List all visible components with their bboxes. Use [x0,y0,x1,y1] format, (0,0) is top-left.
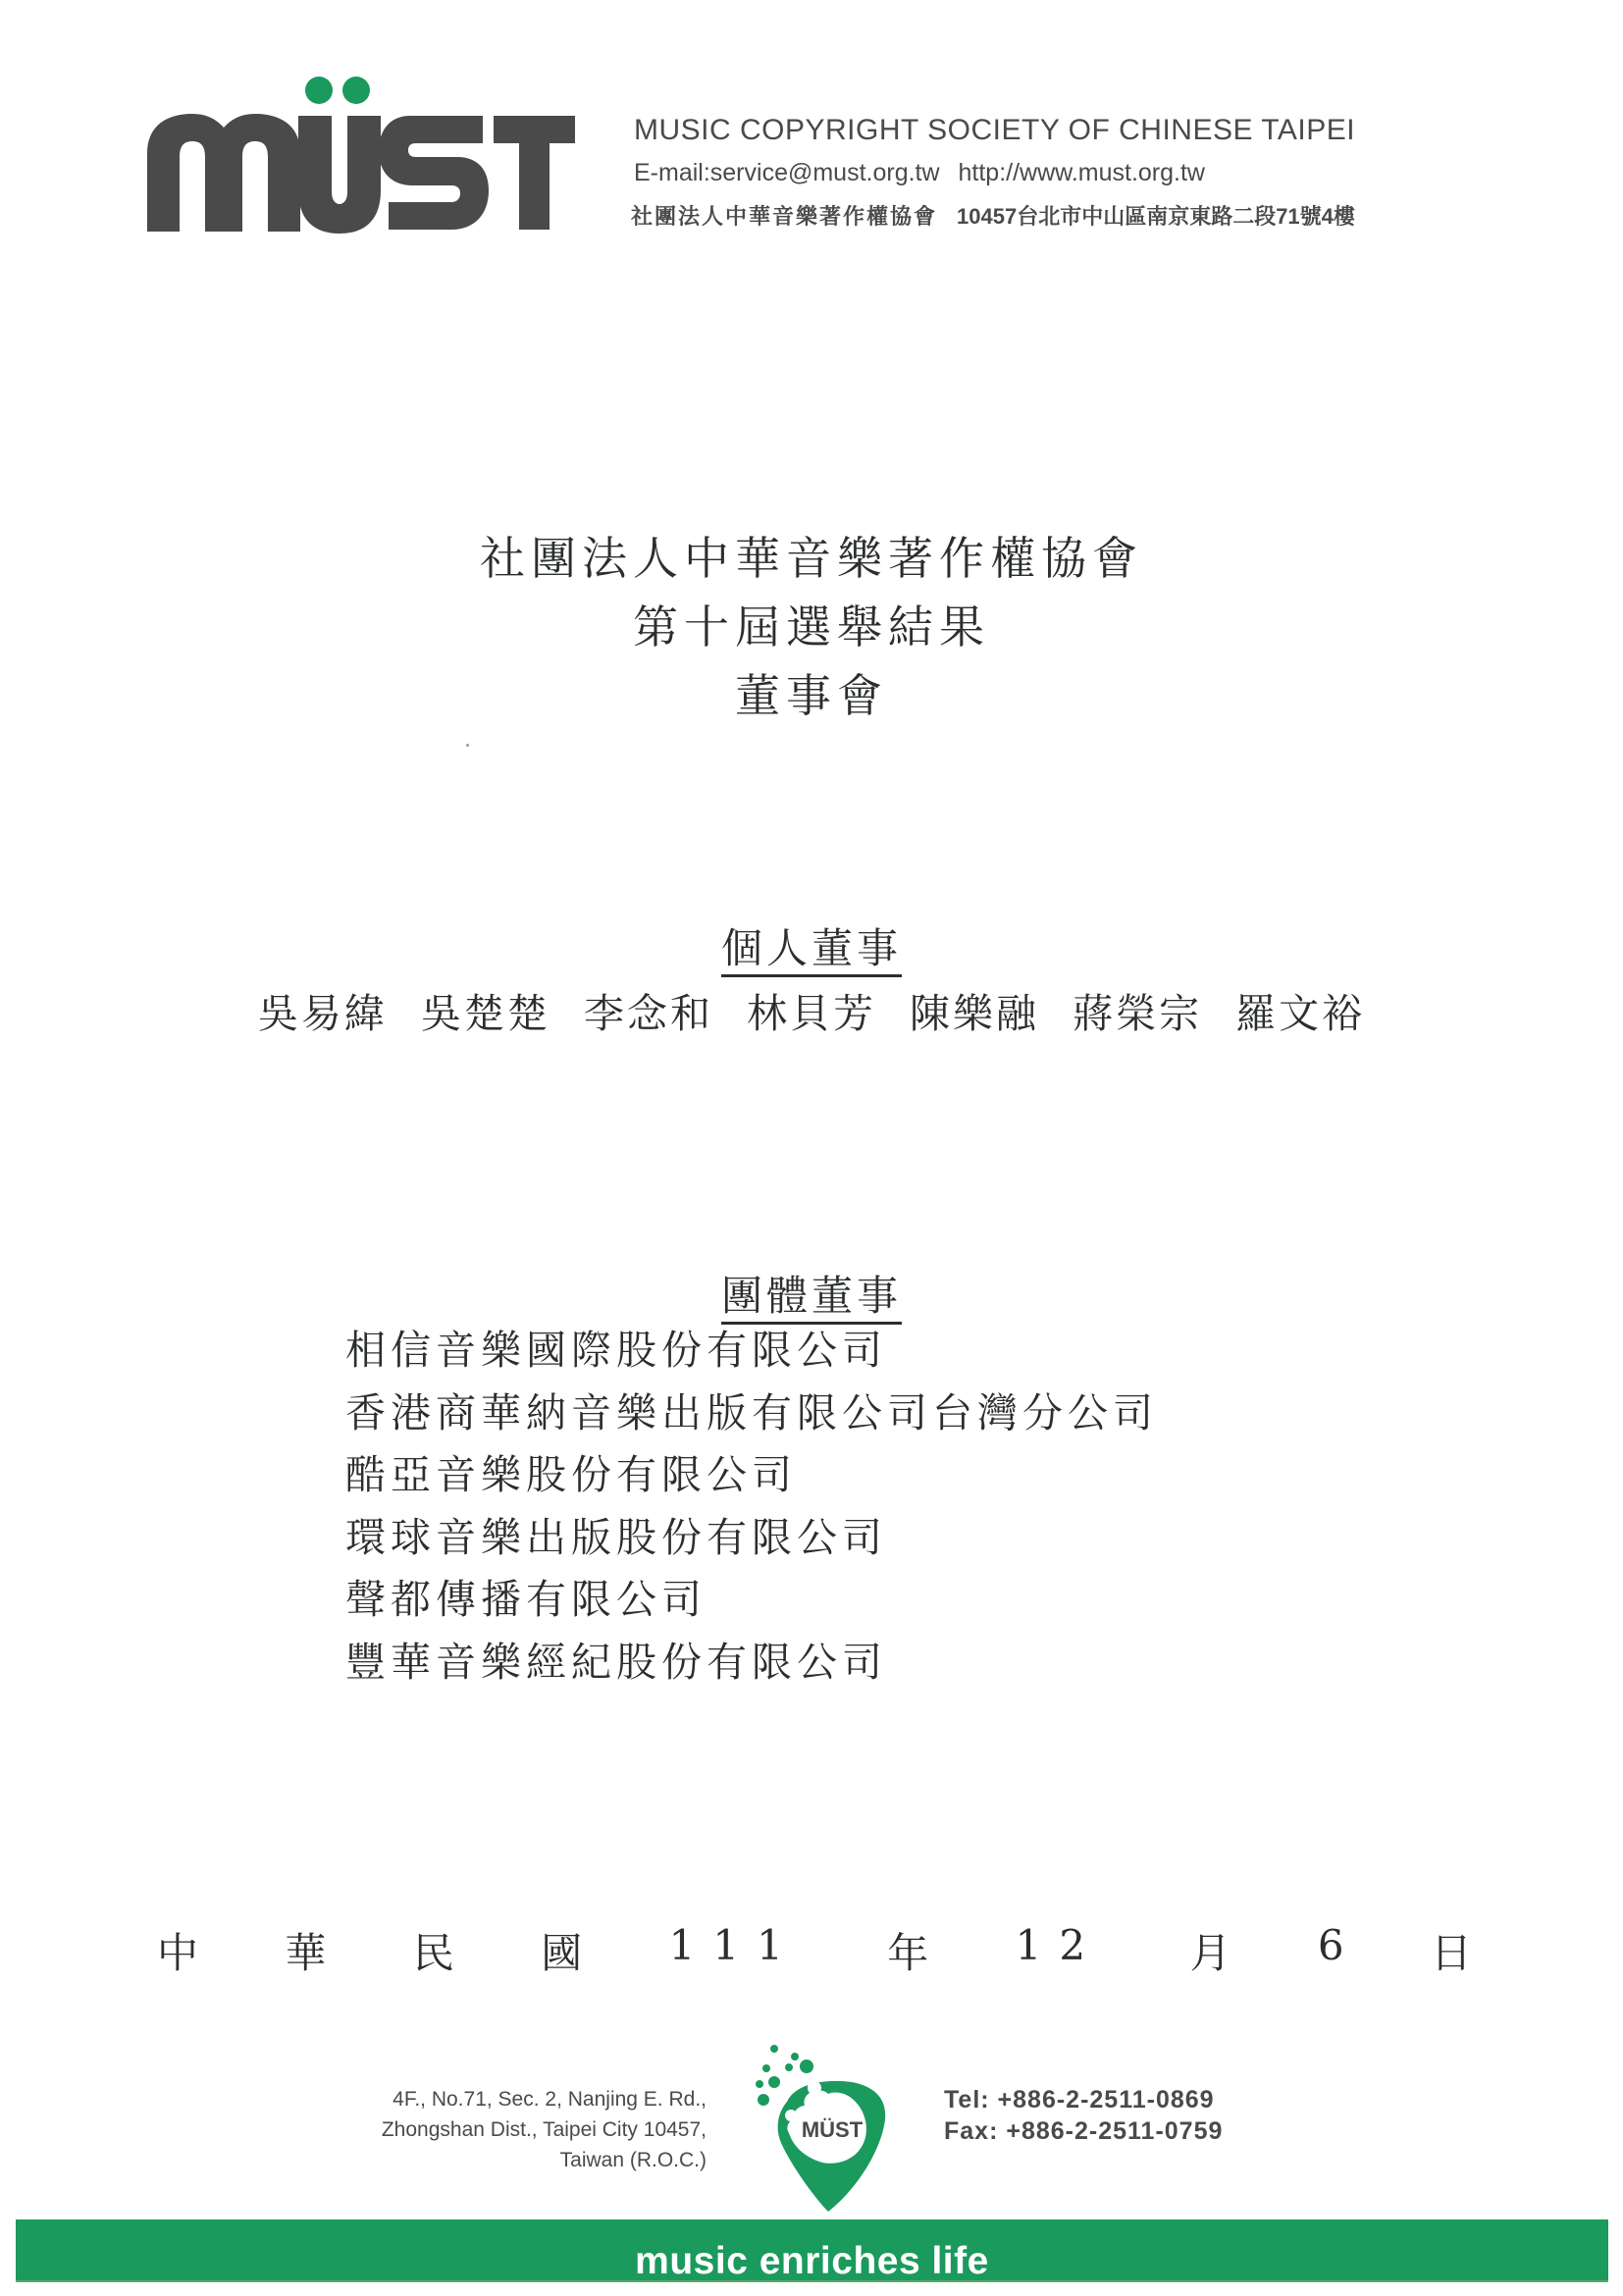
date-era-char: 華 [285,1921,326,1980]
list-item: 相信音樂國際股份有限公司 [345,1320,1158,1383]
list-item: 聲都傳播有限公司 [345,1569,1158,1632]
org-name-english: MUSIC COPYRIGHT SOCIETY OF CHINESE TAIPE… [634,114,1355,147]
document-title: 社團法人中華音樂著作權協會 第十屆選舉結果 董事會 [0,524,1623,730]
director-name: 蔣榮宗 [1073,990,1202,1037]
date-day: 6 [1318,1921,1344,1980]
contact-line: E-mail:service@must.org.tw http://www.mu… [634,159,1205,187]
footer-contact: Tel: +886-2-2511-0869 Fax: +886-2-2511-0… [944,2084,1223,2147]
address-line: Taiwan (R.O.C.) [334,2145,707,2175]
title-org: 社團法人中華音樂著作權協會 [0,524,1623,593]
must-logo [145,77,577,234]
fax: Fax: +886-2-2511-0759 [944,2115,1223,2147]
date-year-unit: 年 [887,1921,928,1980]
date-year: 111 [669,1921,801,1980]
footer-address: 4F., No.71, Sec. 2, Nanjing E. Rd., Zhon… [334,2084,707,2175]
list-item: 環球音樂出版股份有限公司 [345,1507,1158,1570]
date-month: 12 [1016,1921,1103,1980]
date-day-unit: 日 [1431,1921,1472,1980]
director-name: 吳楚楚 [421,990,550,1037]
director-name: 李念和 [584,990,713,1037]
director-name: 陳樂融 [910,990,1039,1037]
title-board: 董事會 [0,661,1623,730]
corporate-directors-list: 相信音樂國際股份有限公司 香港商華納音樂出版有限公司台灣分公司 酷亞音樂股份有限… [345,1320,1158,1694]
date-era-char: 國 [541,1921,582,1980]
document-date: 中 華 民 國 111 年 12 月 6 日 [157,1921,1472,1980]
date-month-unit: 月 [1189,1921,1230,1980]
individual-directors-list: 吳易緯 吳楚楚 李念和 林貝芳 陳樂融 蔣榮宗 羅文裕 [0,981,1623,1039]
address-line: 4F., No.71, Sec. 2, Nanjing E. Rd., [334,2084,707,2114]
address-line: Zhongshan Dist., Taipei City 10457, [334,2114,707,2145]
scan-speck [466,744,469,747]
list-item: 酷亞音樂股份有限公司 [345,1444,1158,1507]
section-heading-text: 個人董事 [721,924,902,977]
corporate-directors-heading: 團體董事 [0,1264,1623,1323]
svg-text:MÜST: MÜST [802,2117,864,2142]
date-era-char: 中 [157,1921,198,1980]
address-line-zh: 社團法人中華音樂著作權協會10457台北市中山區南京東路二段71號4樓 [631,200,1355,231]
org-name-zh: 社團法人中華音樂著作權協會 [631,205,937,230]
title-election: 第十屆選舉結果 [0,593,1623,661]
telephone: Tel: +886-2-2511-0869 [944,2084,1223,2115]
section-heading-text: 團體董事 [721,1272,902,1325]
list-item: 豐華音樂經紀股份有限公司 [345,1632,1158,1695]
director-name: 羅文裕 [1235,990,1365,1037]
individual-directors-heading: 個人董事 [0,916,1623,975]
website-link[interactable]: http://www.must.org.tw [959,159,1205,186]
director-name: 吳易緯 [258,990,388,1037]
list-item: 香港商華納音樂出版有限公司台灣分公司 [345,1383,1158,1445]
address-zh: 10457台北市中山區南京東路二段71號4樓 [957,204,1355,229]
date-era-char: 民 [413,1921,454,1980]
slogan-band: music enriches life [16,2219,1608,2282]
logo-umlaut-dots-icon [305,77,370,104]
email-link[interactable]: E-mail:service@must.org.tw [634,159,940,186]
director-name: 林貝芳 [747,990,876,1037]
slogan-text: music enriches life [16,2240,1608,2283]
guitar-pick-logo-icon: MÜST [746,2043,893,2218]
